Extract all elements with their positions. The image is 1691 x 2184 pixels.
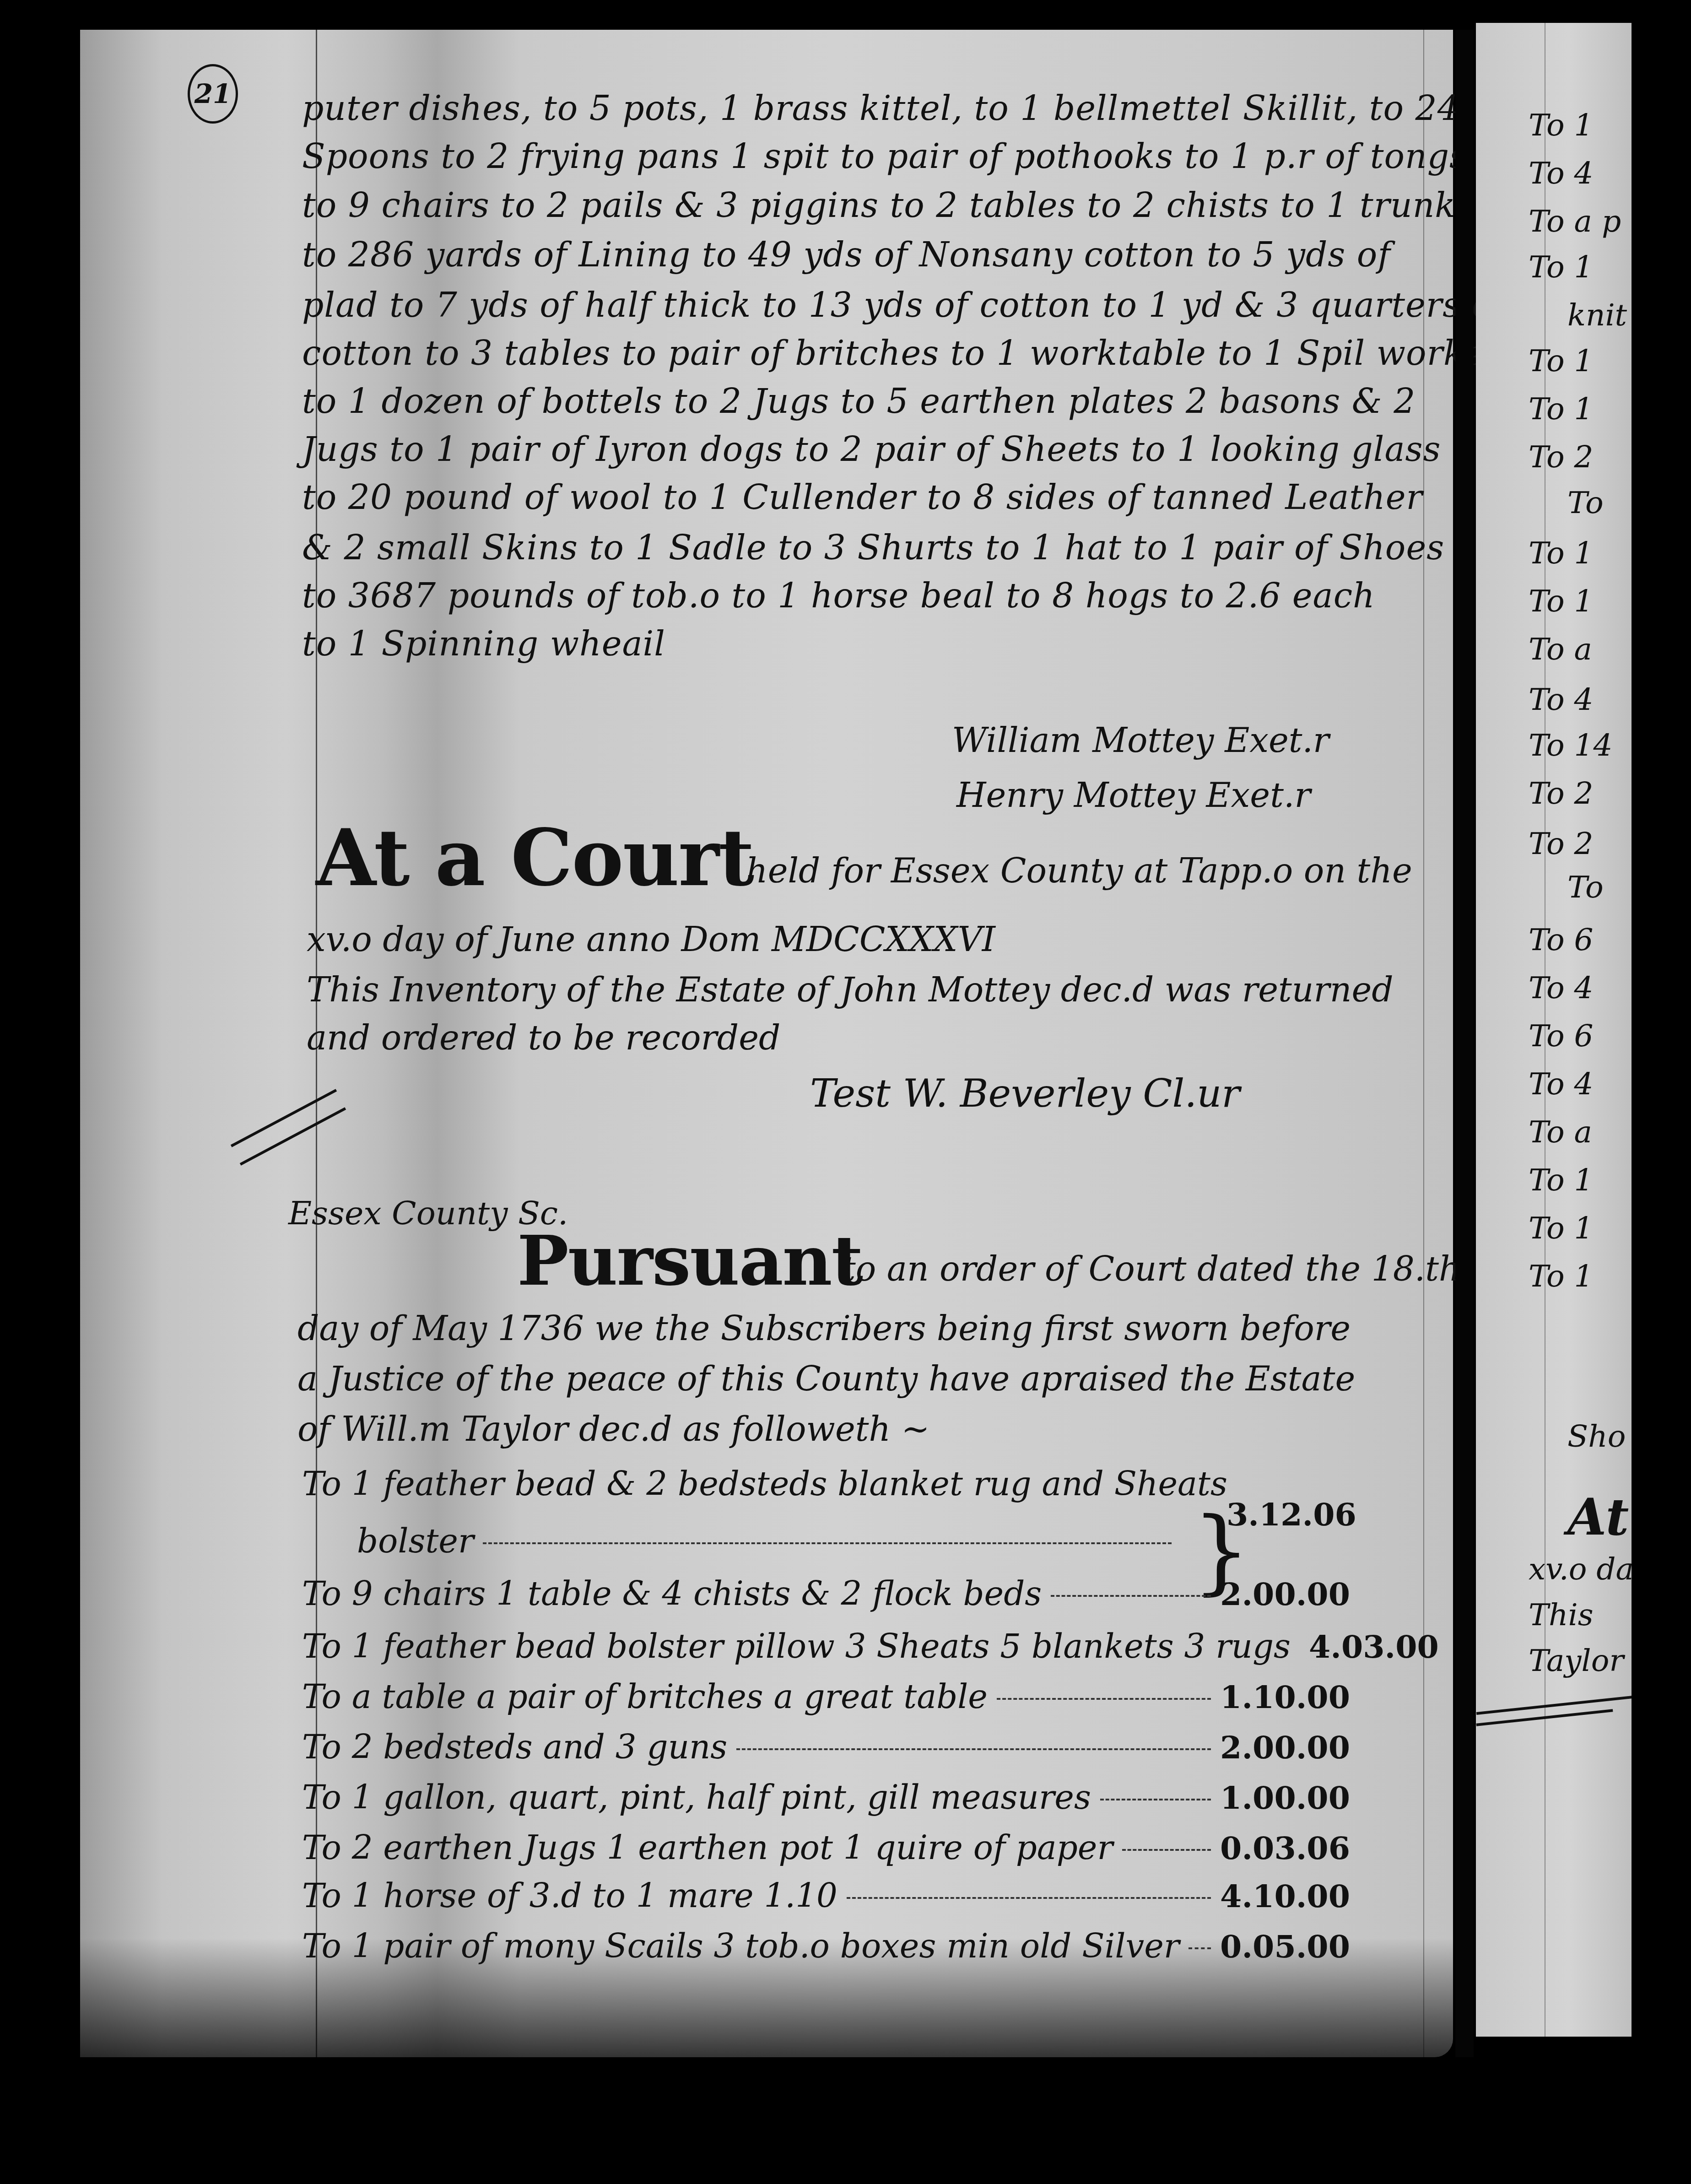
adjacent-fragment: To 1 <box>1529 1162 1594 1198</box>
adjacent-fragment: To 4 <box>1529 970 1594 1006</box>
item-description: To 9 chairs 1 table & 4 chists & 2 flock… <box>302 1574 1042 1613</box>
appraisal-item-continuation: bolster <box>357 1522 1181 1563</box>
adjacent-fragment: To <box>1567 485 1604 520</box>
inventory-line: & 2 small Skins to 1 Sadle to 3 Shurts t… <box>302 531 1355 565</box>
inventory-line: plad to 7 yds of half thick to 13 yds of… <box>302 288 1355 322</box>
adjacent-fragment: xv.o da <box>1529 1552 1632 1587</box>
appraisal-item: To 2 earthen Jugs 1 earthen pot 1 quire … <box>302 1828 1350 1870</box>
leader-dashes <box>997 1698 1211 1700</box>
inventory-line: to 1 Spinning wheail <box>302 627 1355 661</box>
appraisal-item: To 1 pair of mony Scails 3 tob.o boxes m… <box>302 1927 1350 1968</box>
executor-signature: William Mottey Exet.r <box>952 721 1329 760</box>
adjacent-fragment: To 1 <box>1529 249 1594 285</box>
inventory-line: Jugs to 1 pair of Iyron dogs to 2 pair o… <box>302 432 1355 466</box>
book-gutter <box>1455 30 1474 2057</box>
appraisal-item-value-row: 3.12.06 <box>1226 1497 1350 1538</box>
appraisal-line: a Justice of the peace of this County ha… <box>297 1359 1355 1399</box>
adjacent-fragment: At C <box>1567 1487 1632 1546</box>
adjacent-fragment: This <box>1529 1597 1594 1633</box>
inventory-line: cotton to 3 tables to pair of britches t… <box>302 336 1355 370</box>
adjacent-fragment: To a <box>1529 1114 1592 1150</box>
inventory-line: puter dishes, to 5 pots, 1 brass kittel,… <box>302 92 1355 125</box>
item-value: 1.00.00 <box>1220 1780 1350 1816</box>
executor-signature: Henry Mottey Exet.r <box>956 776 1311 815</box>
adjacent-fragment: To 6 <box>1529 1018 1594 1054</box>
appraisal-item: To 2 bedsteds and 3 guns 2.00.00 <box>302 1728 1350 1769</box>
adjacent-fragment: To 6 <box>1529 922 1594 957</box>
adjacent-fragment: To 1 <box>1529 1211 1594 1246</box>
adjacent-fragment: To 4 <box>1529 682 1594 717</box>
leader-dashes <box>736 1748 1211 1750</box>
clerk-attestation: Test W. Beverley Cl.ur <box>810 1071 1240 1116</box>
pursuant-heading: Pursuant <box>517 1227 862 1295</box>
adjacent-fragment: To a p <box>1529 204 1621 239</box>
item-description: To 1 gallon, quart, pint, half pint, gil… <box>302 1778 1091 1816</box>
item-description: bolster <box>357 1522 474 1560</box>
court-line: xv.o day of June anno Dom MDCCXXXVI <box>307 920 995 959</box>
appraisal-item: To 1 feather bead bolster pillow 3 Sheat… <box>302 1627 1350 1668</box>
adjacent-fragment: To a <box>1529 632 1592 667</box>
item-value: 3.12.06 <box>1226 1497 1356 1533</box>
adjacent-fragment: To 2 <box>1529 826 1594 861</box>
item-description: To 1 horse of 3.d to 1 mare 1.10 <box>302 1876 837 1915</box>
adjacent-fragment: Taylor <box>1529 1643 1624 1678</box>
item-value: 2.00.00 <box>1220 1730 1350 1766</box>
appraisal-line: day of May 1736 we the Subscribers being… <box>297 1309 1351 1348</box>
adjacent-fragment: To 14 <box>1529 728 1613 763</box>
leader-dashes <box>483 1542 1172 1544</box>
adjacent-fragment: knit <box>1567 297 1627 333</box>
item-description: To 2 earthen Jugs 1 earthen pot 1 quire … <box>302 1828 1113 1867</box>
court-line: held for Essex County at Tapp.o on the <box>746 851 1412 891</box>
item-description: To 2 bedsteds and 3 guns <box>302 1728 727 1766</box>
court-line: and ordered to be recorded <box>307 1018 780 1058</box>
leader-dashes <box>847 1897 1211 1899</box>
inventory-line: to 3687 pounds of tob.o to 1 horse beal … <box>302 579 1355 613</box>
adjacent-fragment: To 1 <box>1529 584 1594 619</box>
inventory-line: to 286 yards of Lining to 49 yds of Nons… <box>302 238 1355 272</box>
appraisal-line: of Will.m Taylor dec.d as followeth ~ <box>297 1410 930 1449</box>
item-description: To 1 feather bead bolster pillow 3 Sheat… <box>302 1627 1291 1665</box>
inventory-line: to 9 chairs to 2 pails & 3 piggins to 2 … <box>302 189 1355 222</box>
adjacent-fragment: To 1 <box>1529 1259 1594 1294</box>
adjacent-fragment: To 1 <box>1529 535 1594 571</box>
adjacent-fragment: To 4 <box>1529 156 1594 191</box>
adjacent-fragment: To 2 <box>1529 776 1594 811</box>
inventory-line: to 20 pound of wool to 1 Cullender to 8 … <box>302 481 1355 514</box>
item-value: 4.10.00 <box>1220 1878 1350 1915</box>
adjacent-fragment: To 1 <box>1529 108 1594 143</box>
item-description: To 1 feather bead & 2 bedsteds blanket r… <box>302 1465 1227 1503</box>
appraisal-item: To 9 chairs 1 table & 4 chists & 2 flock… <box>302 1574 1350 1616</box>
appraisal-item: To 1 horse of 3.d to 1 mare 1.10 4.10.00 <box>302 1876 1350 1918</box>
leader-dashes <box>1100 1799 1211 1800</box>
adjacent-fragment: To 1 <box>1529 343 1594 378</box>
item-value: 2.00.00 <box>1220 1576 1350 1613</box>
leader-dashes <box>1189 1947 1211 1949</box>
item-value: 0.03.06 <box>1220 1830 1350 1867</box>
leader-dashes <box>1122 1849 1211 1851</box>
adjacent-fragment: To 2 <box>1529 439 1594 475</box>
adjacent-fragment: To 1 <box>1529 391 1594 427</box>
adjacent-fragment: Sho <box>1567 1419 1626 1454</box>
appraisal-line: to an order of Court dated the 18.th <box>842 1249 1461 1289</box>
item-value: 4.03.00 <box>1309 1629 1439 1665</box>
court-line: This Inventory of the Estate of John Mot… <box>307 970 1394 1010</box>
appraisal-item: To a table a pair of britches a great ta… <box>302 1677 1350 1719</box>
court-heading: At a Court <box>316 819 753 897</box>
item-value: 1.10.00 <box>1220 1679 1350 1716</box>
appraisal-item: To 1 gallon, quart, pint, half pint, gil… <box>302 1778 1350 1819</box>
item-value: 0.05.00 <box>1220 1929 1350 1965</box>
leader-dashes <box>1051 1595 1211 1597</box>
folio-number: 21 <box>188 64 238 124</box>
item-description: To 1 pair of mony Scails 3 tob.o boxes m… <box>302 1927 1179 1965</box>
adjacent-fragment: To <box>1567 870 1604 905</box>
adjacent-fragment: To 4 <box>1529 1066 1594 1102</box>
item-description: To a table a pair of britches a great ta… <box>302 1677 988 1716</box>
inventory-line: to 1 dozen of bottels to 2 Jugs to 5 ear… <box>302 384 1355 418</box>
adjacent-page-edge: To 1 To 4 To a p To 1 knit To 1 To 1 To … <box>1476 23 1632 2037</box>
inventory-line: Spoons to 2 frying pans 1 spit to pair o… <box>302 140 1355 173</box>
